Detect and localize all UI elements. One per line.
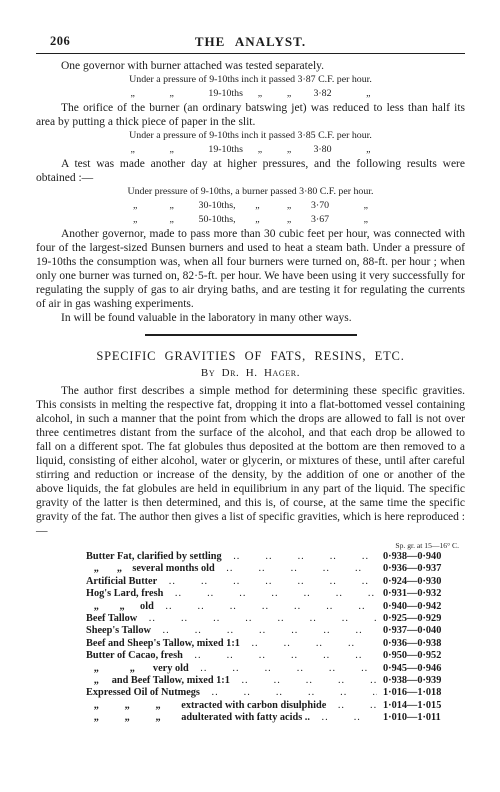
row-label: Beef Tallow [86,613,137,625]
measurement-line: „ „ 19-10ths „ „ 3·80 „ [36,143,465,157]
measurement-line: Under a pressure of 9-10ths inch it pass… [36,129,465,143]
row-value: 1·016—1·018 [383,687,465,699]
table-row: „ „ „ extracted with carbon disulphide .… [36,700,465,712]
dot-leader: .. .. .. .. .. .. .. .. .. .. .. .. [165,576,377,588]
table-row: Expressed Oil of Nutmegs .. .. .. .. .. … [36,687,465,699]
table-row: Butter Fat, clarified by settling .. .. … [36,551,465,563]
row-label: „ and Beef Tallow, mixed 1:1 [86,675,230,687]
row-value: 0·940—0·942 [383,601,465,613]
journal-title: THE ANALYST. [36,34,465,50]
specific-gravity-table: Sp. gr. at 15—16° C. Butter Fat, clarifi… [36,541,465,725]
row-label: Beef and Sheep's Tallow, mixed 1:1 [86,638,240,650]
row-label: Expressed Oil of Nutmegs [86,687,200,699]
dot-leader: .. .. .. .. .. .. .. .. .. .. .. .. [334,700,377,712]
article-byline: By Dr. H. Hager. [36,366,465,380]
row-value: 0·925—0·929 [383,613,465,625]
dot-leader: .. .. .. .. .. .. .. .. .. .. .. .. [230,551,377,563]
table-row: „ „ several months old .. .. .. .. .. ..… [36,563,465,575]
dot-leader: .. .. .. .. .. .. .. .. .. .. .. .. [238,675,377,687]
measurement-line: „ „ 19-10ths „ „ 3·82 „ [36,87,465,101]
row-value: 0·936—0·938 [383,638,465,650]
dot-leader: .. .. .. .. .. .. .. .. .. .. .. .. [197,663,377,675]
table-column-header-note: Sp. gr. at 15—16° C. [36,541,465,551]
row-value: 0·937—0·040 [383,625,465,637]
table-row: Hog's Lard, fresh .. .. .. .. .. .. .. .… [36,588,465,600]
paragraph-governor-tested: One governor with burner attached was te… [36,59,465,73]
row-value: 0·936—0·937 [383,563,465,575]
dot-leader: .. .. .. .. .. .. .. .. .. .. .. .. [248,638,377,650]
scanned-journal-page: 206 THE ANALYST. One governor with burne… [0,0,500,792]
table-row: „ „ old .. .. .. .. .. .. .. .. .. .. ..… [36,601,465,613]
row-label: „ „ several months old [86,563,215,575]
paragraph-higher-pressures: A test was made another day at higher pr… [36,157,465,185]
row-value: 1·010—1·011 [383,712,465,724]
dot-leader: .. .. .. .. .. .. .. .. .. .. .. .. [191,650,377,662]
row-label: „ „ „ extracted with carbon disulphide [86,700,326,712]
paragraph-laboratory-value: In will be found valuable in the laborat… [36,311,465,325]
table-row: „ and Beef Tallow, mixed 1:1 .. .. .. ..… [36,675,465,687]
row-value: 0·924—0·930 [383,576,465,588]
article-specific-gravities: SPECIFIC GRAVITIES OF FATS, RESINS, ETC.… [36,348,465,725]
table-row: Beef Tallow .. .. .. .. .. .. .. .. .. .… [36,613,465,625]
header-rule [36,53,465,54]
paragraph-method-description: The author first describes a simple meth… [36,384,465,538]
measurement-line: „ „ 30-10ths, „ „ 3·70 „ [36,199,465,213]
dot-leader: .. .. .. .. .. .. .. .. .. .. .. .. [223,563,377,575]
section-divider-rule [145,334,357,336]
row-value: 0·945—0·946 [383,663,465,675]
row-value: 0·938—0·939 [383,675,465,687]
measurement-line: Under a pressure of 9-10ths inch it pass… [36,73,465,87]
row-label: Butter of Cacao, fresh [86,650,183,662]
table-rows: Butter Fat, clarified by settling .. .. … [36,551,465,725]
row-value: 1·014—1·015 [383,700,465,712]
page-header: 206 THE ANALYST. [36,34,465,50]
page-content: 206 THE ANALYST. One governor with burne… [36,34,465,725]
row-value: 0·950—0·952 [383,650,465,662]
paragraph-another-governor: Another governor, made to pass more than… [36,227,465,311]
measurement-block-1: Under a pressure of 9-10ths inch it pass… [36,73,465,101]
row-label: „ „ „ adulterated with fatty acids .. [86,712,310,724]
row-label: „ „ old [86,601,154,613]
row-value: 0·931—0·932 [383,588,465,600]
table-row: Beef and Sheep's Tallow, mixed 1:1 .. ..… [36,638,465,650]
table-row: Sheep's Tallow .. .. .. .. .. .. .. .. .… [36,625,465,637]
dot-leader: .. .. .. .. .. .. .. .. .. .. .. .. [208,687,377,699]
measurement-block-2: Under a pressure of 9-10ths inch it pass… [36,129,465,157]
dot-leader: .. .. .. .. .. .. .. .. .. .. .. .. [318,712,377,724]
article-title: SPECIFIC GRAVITIES OF FATS, RESINS, ETC. [36,348,465,365]
table-row: „ „ very old .. .. .. .. .. .. .. .. .. … [36,663,465,675]
measurement-line: Under pressure of 9-10ths, a burner pass… [36,185,465,199]
table-row: Butter of Cacao, fresh .. .. .. .. .. ..… [36,650,465,662]
paragraph-orifice: The orifice of the burner (an ordinary b… [36,101,465,129]
row-label: Artificial Butter [86,576,157,588]
dot-leader: .. .. .. .. .. .. .. .. .. .. .. .. [162,601,377,613]
row-label: Sheep's Tallow [86,625,151,637]
row-label: Hog's Lard, fresh [86,588,163,600]
measurement-line: „ „ 50-10ths, „ „ 3·67 „ [36,213,465,227]
dot-leader: .. .. .. .. .. .. .. .. .. .. .. .. [159,625,377,637]
dot-leader: .. .. .. .. .. .. .. .. .. .. .. .. [171,588,377,600]
row-label: Butter Fat, clarified by settling [86,551,222,563]
dot-leader: .. .. .. .. .. .. .. .. .. .. .. .. [145,613,377,625]
measurement-block-3: Under pressure of 9-10ths, a burner pass… [36,185,465,227]
table-row: „ „ „ adulterated with fatty acids .. ..… [36,712,465,724]
table-row: Artificial Butter .. .. .. .. .. .. .. .… [36,576,465,588]
row-label: „ „ very old [86,663,189,675]
row-value: 0·938—0·940 [383,551,465,563]
article-gas-governor: One governor with burner attached was te… [36,59,465,325]
